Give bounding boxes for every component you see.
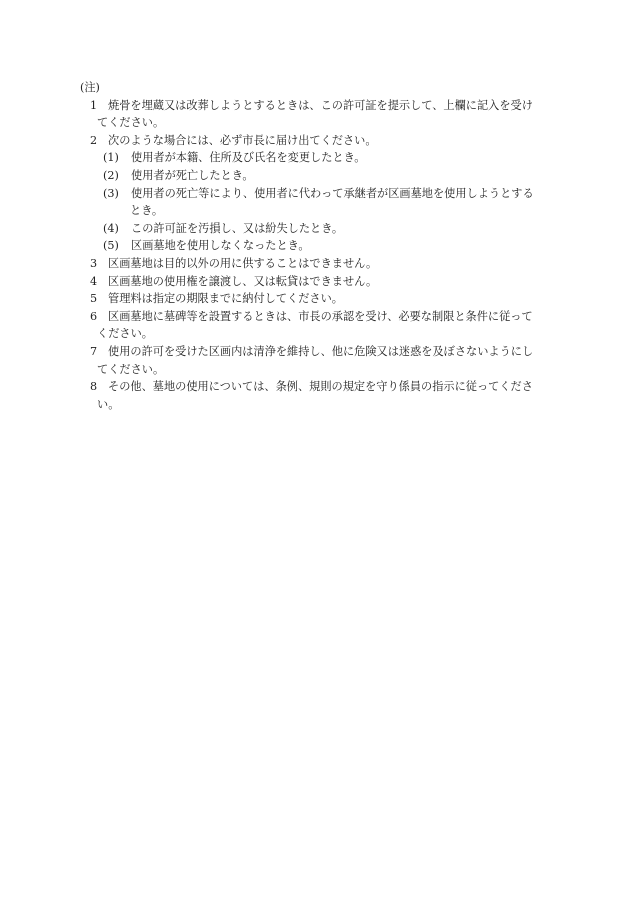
note-item-7-cont: てください。 <box>80 361 550 379</box>
note-item-5: 5管理料は指定の期限までに納付してください。 <box>80 290 550 308</box>
note-subitem-3: (3)使用者の死亡等により、使用者に代わって承継者が区画墓地を使用しようとする <box>80 185 550 203</box>
notes-heading: (注) <box>80 79 550 97</box>
note-subitem-2: (2)使用者が死亡したとき。 <box>80 167 550 185</box>
note-item-6: 6区画墓地に墓碑等を設置するときは、市長の承認を受け、必要な制限と条件に従って <box>80 308 550 326</box>
note-subitem-1: (1)使用者が本籍、住所及び氏名を変更したとき。 <box>80 149 550 167</box>
note-subitem-3-cont: とき。 <box>80 202 550 220</box>
note-item-7: 7使用の許可を受けた区画内は清浄を維持し、他に危険又は迷惑を及ぼさないようにし <box>80 343 550 361</box>
note-item-3: 3区画墓地は目的以外の用に供することはできません。 <box>80 255 550 273</box>
note-item-2: 2次のような場合には、必ず市長に届け出てください。 <box>80 132 550 150</box>
note-item-1-cont: てください。 <box>80 114 550 132</box>
note-item-4: 4区画墓地の使用権を譲渡し、又は転貸はできません。 <box>80 273 550 291</box>
note-item-1: 1焼骨を埋蔵又は改葬しようとするときは、この許可証を提示して、上欄に記入を受け <box>80 97 550 115</box>
note-subitem-5: (5)区画墓地を使用しなくなったとき。 <box>80 237 550 255</box>
notes-document: (注) 1焼骨を埋蔵又は改葬しようとするときは、この許可証を提示して、上欄に記入… <box>80 79 550 413</box>
note-item-8-cont: い。 <box>80 396 550 414</box>
note-subitem-4: (4)この許可証を汚損し、又は紛失したとき。 <box>80 220 550 238</box>
note-item-8: 8その他、墓地の使用については、条例、規則の規定を守り係員の指示に従ってくださ <box>80 378 550 396</box>
note-item-6-cont: ください。 <box>80 325 550 343</box>
